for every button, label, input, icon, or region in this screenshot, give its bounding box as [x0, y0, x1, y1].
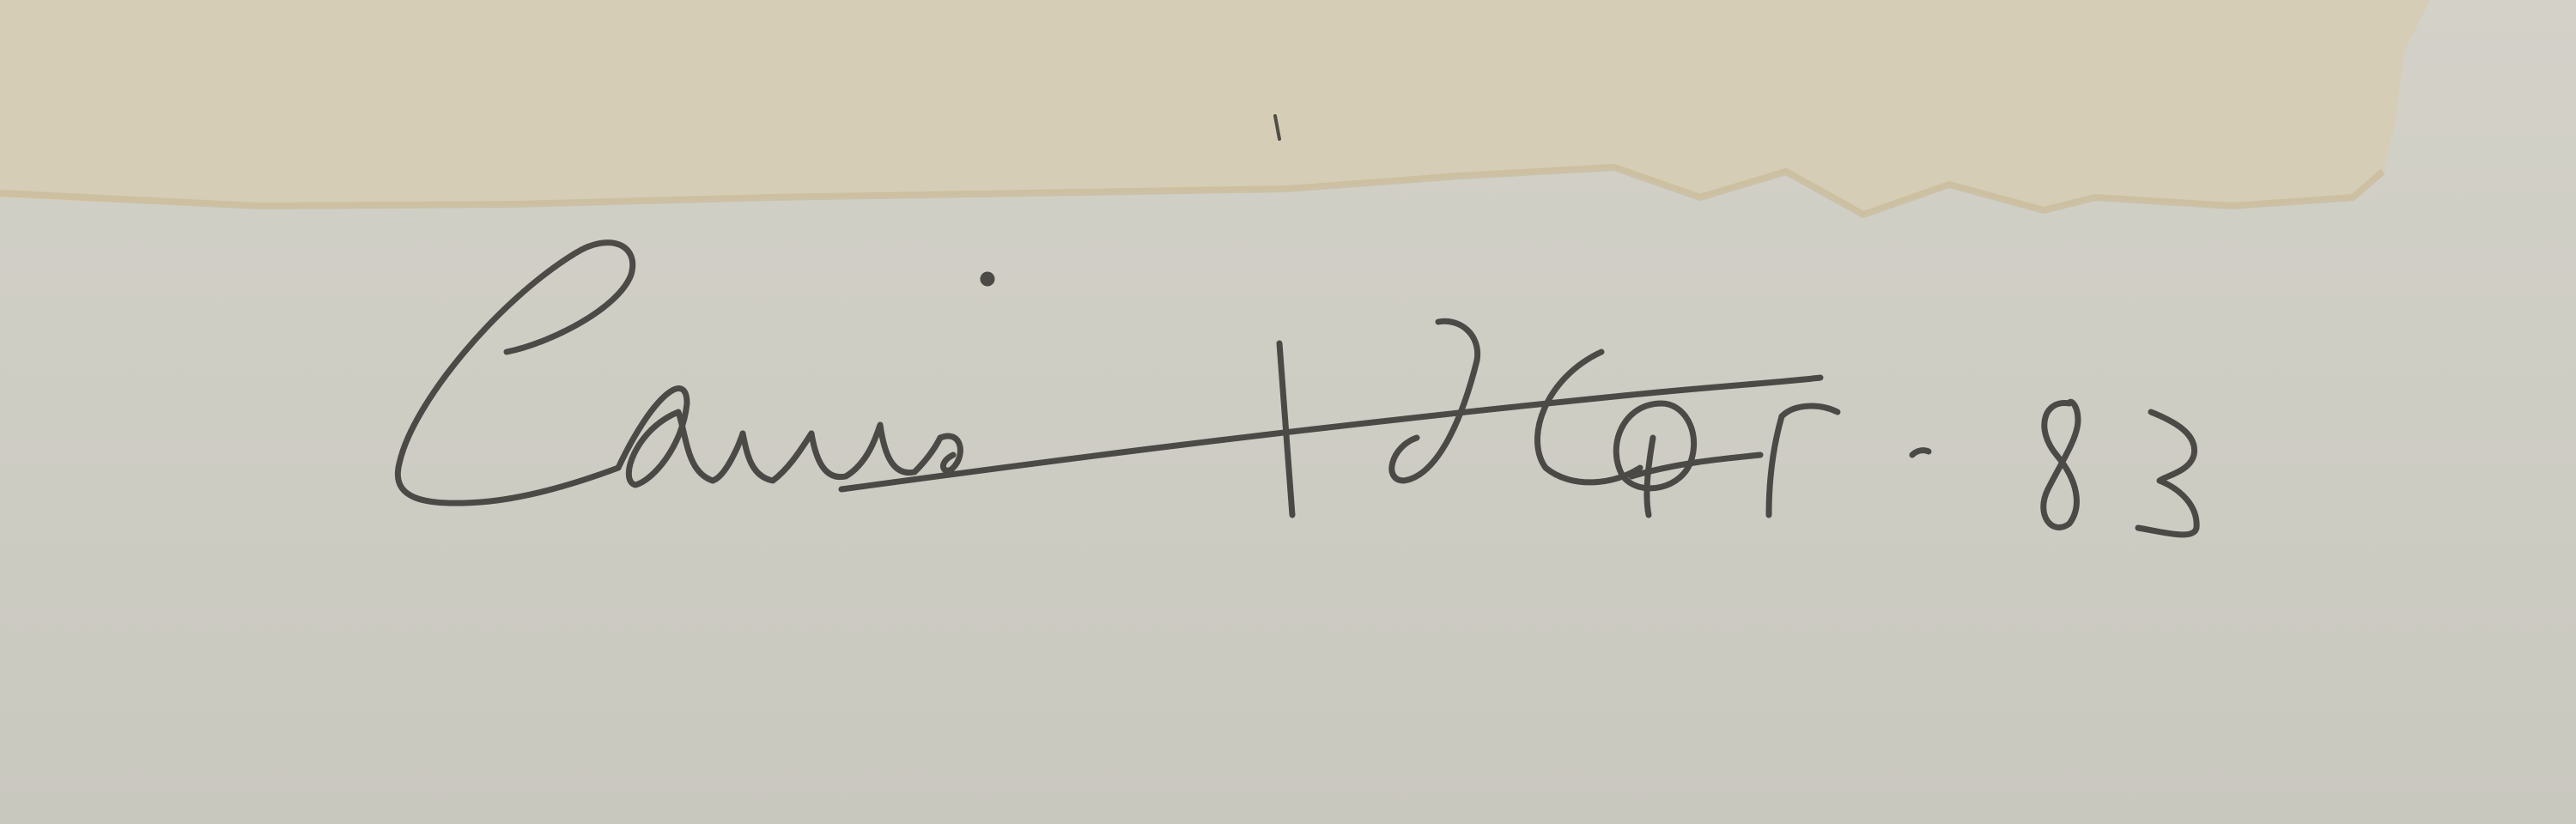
pencil-signature: [0, 0, 2576, 824]
paper-sheet: Caminstdcar · 83: [0, 0, 2576, 824]
